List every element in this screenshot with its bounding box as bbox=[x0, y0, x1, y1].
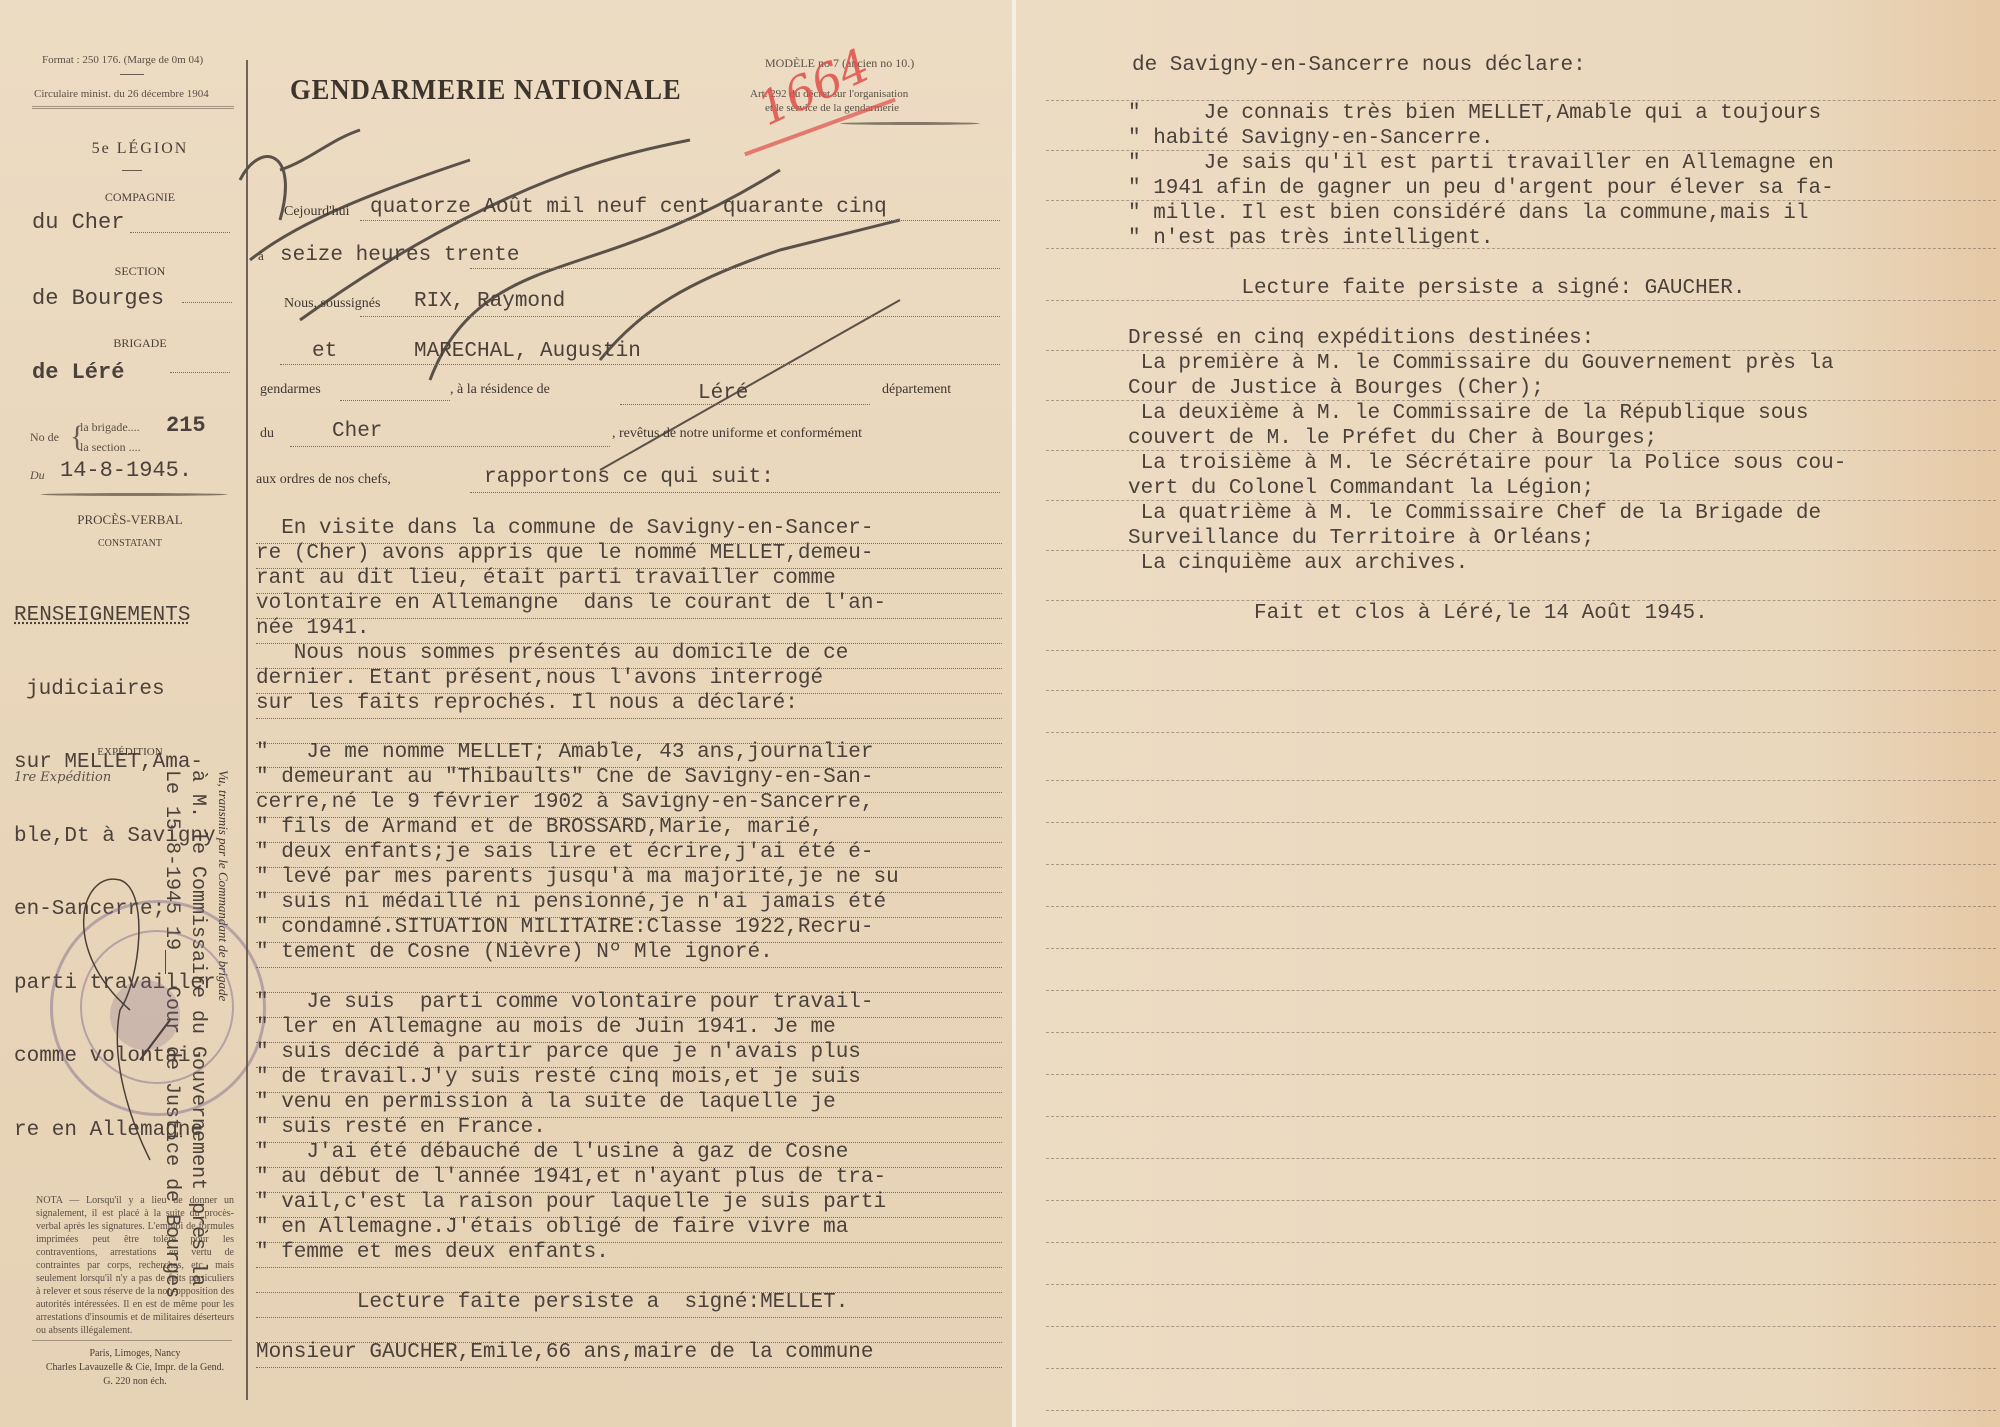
dotted-line bbox=[290, 446, 610, 447]
dotted-line bbox=[280, 364, 1000, 365]
ruled-line bbox=[1046, 1074, 1996, 1075]
subject-line: RENSEIGNEMENTS bbox=[14, 604, 216, 629]
ruled-line bbox=[1046, 500, 1996, 501]
ruled-line bbox=[1046, 1200, 1996, 1201]
revetus-label: , revêtus de notre uniforme et conformém… bbox=[612, 426, 862, 442]
right-line: " mille. Il est bien considéré dans la c… bbox=[1128, 202, 1809, 225]
ordres-label: aux ordres de nos chefs, bbox=[256, 472, 391, 488]
dotted-line bbox=[256, 718, 1002, 719]
body-line: " J'ai été débauché de l'usine à gaz de … bbox=[256, 1141, 848, 1164]
residence-value: Léré bbox=[698, 382, 748, 405]
aujourdhui-label: Cejourd'hui bbox=[284, 204, 350, 220]
right-line: vert du Colonel Commandant la Légion; bbox=[1128, 477, 1594, 500]
right-line: Fait et clos à Léré,le 14 Août 1945. bbox=[1128, 602, 1708, 625]
body-line: Monsieur GAUCHER,Emile,66 ans,maire de l… bbox=[256, 1341, 874, 1364]
body-line: " ler en Allemagne au mois de Juin 1941.… bbox=[256, 1016, 836, 1039]
body-line: " Je me nomme MELLET; Amable, 43 ans,jou… bbox=[256, 741, 874, 764]
divider bbox=[32, 1340, 232, 1341]
ruled-line bbox=[1046, 732, 1996, 733]
dotted-line bbox=[256, 1317, 1002, 1318]
circulaire-note: Circulaire minist. du 26 décembre 1904 bbox=[34, 88, 209, 100]
right-line: Lecture faite persiste a signé: GAUCHER. bbox=[1128, 277, 1746, 300]
body-line: " femme et mes deux enfants. bbox=[256, 1241, 609, 1264]
left-page: Format : 250 176. (Marge de 0m 04) Circu… bbox=[0, 0, 1012, 1427]
body-line: " suis resté en France. bbox=[256, 1116, 546, 1139]
heure-value: seize heures trente bbox=[280, 244, 519, 267]
ruled-line bbox=[1046, 200, 1996, 201]
ruled-line bbox=[1046, 948, 1996, 949]
brigade-number: 215 bbox=[166, 413, 206, 438]
body-line: " levé par mes parents jusqu'à ma majori… bbox=[256, 866, 899, 889]
body-line: " vail,c'est la raison pour laquelle je … bbox=[256, 1191, 886, 1214]
expedition-handwritten: 1re Expédition bbox=[14, 770, 111, 785]
ruled-line bbox=[1046, 400, 1996, 401]
agent-1: RIX, Raymond bbox=[414, 290, 565, 313]
nota-block: NOTA — Lorsqu'il y a lieu de donner un s… bbox=[36, 1194, 234, 1337]
rapportons-label: rapportons ce qui suit: bbox=[484, 466, 774, 489]
dotted-line bbox=[470, 492, 1000, 493]
right-line: " Je connais très bien MELLET,Amable qui… bbox=[1128, 102, 1821, 125]
body-line: " suis ni médaillé ni pensionné,je n'ai … bbox=[256, 891, 886, 914]
right-line: La cinquième aux archives. bbox=[1128, 552, 1468, 575]
agent-2: MARECHAL, Augustin bbox=[414, 340, 641, 363]
divider bbox=[120, 74, 144, 75]
right-line: " n'est pas très intelligent. bbox=[1128, 227, 1493, 250]
dotted-line bbox=[256, 1367, 1002, 1368]
ruled-line bbox=[1046, 780, 1996, 781]
ruled-line bbox=[1046, 1368, 1996, 1369]
expedition-label: EXPÉDITION bbox=[30, 746, 230, 758]
dotted-line bbox=[360, 316, 1000, 317]
ruled-line bbox=[1046, 1032, 1996, 1033]
la-section-label: la section .... bbox=[80, 440, 141, 455]
departement-value: Cher bbox=[332, 420, 382, 443]
right-line: de Savigny-en-Sancerre nous déclare: bbox=[1132, 54, 1586, 77]
body-line: " fils de Armand et de BROSSARD,Marie, m… bbox=[256, 816, 823, 839]
et-label: et bbox=[312, 340, 337, 363]
body-line: Nous nous sommes présentés au domicile d… bbox=[256, 642, 848, 665]
ruled-line bbox=[1046, 450, 1996, 451]
header-double-rule bbox=[32, 106, 234, 109]
dotted-line bbox=[130, 232, 230, 233]
departement-label: département bbox=[882, 382, 951, 398]
body-line: " au début de l'année 1941,et n'ayant pl… bbox=[256, 1166, 886, 1189]
body-line: " tement de Cosne (Nièvre) Nº Mle ignoré… bbox=[256, 941, 773, 964]
right-line: La quatrième à M. le Commissaire Chef de… bbox=[1128, 502, 1821, 525]
ruled-line bbox=[1046, 1410, 1996, 1411]
compagnie-value: du Cher bbox=[32, 210, 124, 235]
pv-title: PROCÈS-VERBAL bbox=[30, 512, 230, 528]
legion-label: 5e LÉGION bbox=[40, 140, 240, 158]
pv-date: 14-8-1945. bbox=[60, 458, 192, 483]
body-line: dernier. Etant présent,nous l'avons inte… bbox=[256, 667, 823, 690]
body-line: " deux enfants;je sais lire et écrire,j'… bbox=[256, 841, 874, 864]
right-line: Dressé en cinq expéditions destinées: bbox=[1128, 327, 1594, 350]
ruled-line bbox=[1046, 822, 1996, 823]
body-line: rant au dit lieu, était parti travailler… bbox=[256, 567, 836, 590]
dotted-line bbox=[360, 220, 1000, 221]
body-line: " venu en permission à la suite de laque… bbox=[256, 1091, 836, 1114]
dotted-line bbox=[620, 404, 870, 405]
printer-line: G. 220 non éch. bbox=[30, 1376, 240, 1387]
constatant-label: CONSTATANT bbox=[30, 538, 230, 549]
body-line: " suis décidé à partir parce que je n'av… bbox=[256, 1041, 861, 1064]
ruled-line bbox=[1046, 690, 1996, 691]
residence-label: , à la résidence de bbox=[450, 382, 550, 398]
signature-loop-icon bbox=[40, 860, 240, 1180]
divider bbox=[122, 170, 142, 171]
right-line: La deuxième à M. le Commissaire de la Ré… bbox=[1128, 402, 1809, 425]
dotted-line bbox=[256, 1267, 1002, 1268]
ruled-line bbox=[1046, 864, 1996, 865]
ruled-line bbox=[1046, 150, 1996, 151]
ruled-line bbox=[1046, 550, 1996, 551]
body-line: cerre,né le 9 février 1902 à Savigny-en-… bbox=[256, 791, 874, 814]
brigade-label: BRIGADE bbox=[40, 336, 240, 351]
nous-label: Nous, soussignés bbox=[284, 296, 380, 312]
body-line: re (Cher) avons appris que le nommé MELL… bbox=[256, 542, 874, 565]
ruled-line bbox=[1046, 1242, 1996, 1243]
dotted-line bbox=[340, 400, 450, 401]
printer-line: Paris, Limoges, Nancy bbox=[30, 1348, 240, 1359]
right-line: " 1941 afin de gagner un peu d'argent po… bbox=[1128, 177, 1834, 200]
printer-line: Charles Lavauzelle & Cie, Impr. de la Ge… bbox=[30, 1362, 240, 1373]
ruled-line bbox=[1046, 350, 1996, 351]
right-line: Cour de Justice à Bourges (Cher); bbox=[1128, 377, 1544, 400]
subject-line: judiciaires bbox=[14, 678, 216, 703]
flourish-rule bbox=[40, 493, 228, 496]
right-line: Surveillance du Territoire à Orléans; bbox=[1128, 527, 1594, 550]
aujourdhui-value: quatorze Août mil neuf cent quarante cin… bbox=[370, 196, 887, 219]
right-page: de Savigny-en-Sancerre nous déclare:" Je… bbox=[1016, 0, 2000, 1427]
section-label: SECTION bbox=[40, 264, 240, 279]
ruled-line bbox=[1046, 100, 1996, 101]
du-label: du bbox=[260, 426, 274, 442]
dotted-line bbox=[256, 967, 1002, 968]
format-note: Format : 250 176. (Marge de 0m 04) bbox=[42, 54, 203, 66]
body-line: " demeurant au "Thibaults" Cne de Savign… bbox=[256, 766, 874, 789]
body-line: Lecture faite persiste a signé:MELLET. bbox=[256, 1291, 848, 1314]
body-line: " en Allemagne.J'étais obligé de faire v… bbox=[256, 1216, 848, 1239]
body-line: " condamné.SITUATION MILITAIRE:Classe 19… bbox=[256, 916, 874, 939]
ruled-line bbox=[1046, 906, 1996, 907]
right-line: couvert de M. le Préfet du Cher à Bourge… bbox=[1128, 427, 1657, 450]
right-line: La troisième à M. le Sécrétaire pour la … bbox=[1128, 452, 1846, 475]
brigade-value: de Léré bbox=[32, 360, 124, 385]
la-brigade-label: la brigade.... bbox=[80, 420, 140, 435]
body-line: née 1941. bbox=[256, 617, 369, 640]
body-line: En visite dans la commune de Savigny-en-… bbox=[256, 517, 874, 540]
right-line: " habité Savigny-en-Sancerre. bbox=[1128, 127, 1493, 150]
body-line: volontaire en Allemangne dans le courant… bbox=[256, 592, 886, 615]
ruled-line bbox=[1046, 600, 1996, 601]
ruled-line bbox=[1046, 1284, 1996, 1285]
gendarmes-label: gendarmes bbox=[260, 382, 321, 398]
a-label: à bbox=[258, 248, 264, 264]
no-de-label: No de bbox=[30, 430, 59, 445]
ruled-line bbox=[1046, 1326, 1996, 1327]
ruled-line bbox=[1046, 990, 1996, 991]
right-line: La première à M. le Commissaire du Gouve… bbox=[1128, 352, 1834, 375]
handwritten-annotation-icon bbox=[220, 100, 920, 480]
right-line: " Je sais qu'il est parti travailler en … bbox=[1128, 152, 1834, 175]
ruled-line bbox=[1046, 650, 1996, 651]
ruled-line bbox=[1046, 1158, 1996, 1159]
section-value: de Bourges bbox=[32, 286, 164, 311]
body-line: " Je suis parti comme volontaire pour tr… bbox=[256, 991, 874, 1014]
du-label: Du bbox=[30, 468, 45, 483]
compagnie-label: COMPAGNIE bbox=[40, 190, 240, 205]
ruled-line bbox=[1046, 248, 1996, 249]
ruled-line bbox=[1046, 1116, 1996, 1117]
body-line: " de travail.J'y suis resté cinq mois,et… bbox=[256, 1066, 861, 1089]
dotted-line bbox=[470, 268, 1000, 269]
body-line: sur les faits reprochés. Il nous a décla… bbox=[256, 692, 798, 715]
ruled-line bbox=[1046, 300, 1996, 301]
